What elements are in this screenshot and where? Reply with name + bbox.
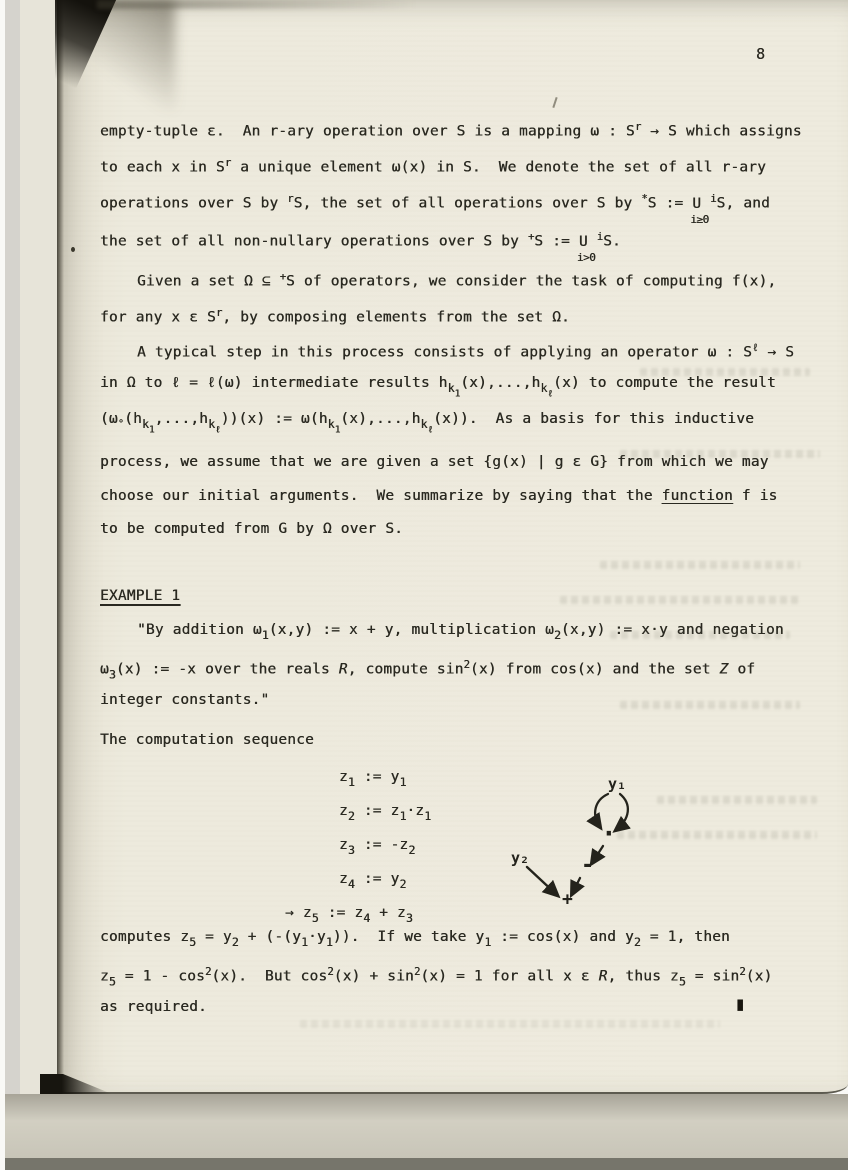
para2-line-2: for any x ε Sr, by composing elements fr… [100, 303, 570, 328]
bleedthrough-artifact [610, 631, 790, 639]
page-under-edge [20, 0, 57, 1170]
bleedthrough-artifact [620, 450, 820, 458]
bleedthrough-artifact [617, 831, 817, 839]
para3-line-5: choose our initial arguments. We summari… [100, 486, 777, 506]
para3-line-1: A typical step in this process consists … [137, 338, 794, 363]
bleedthrough-artifact [560, 596, 800, 604]
diagram-label-y1: y₁ [608, 775, 626, 793]
edge-negate-to-add [572, 878, 580, 894]
end-of-proof-mark: ▮ [736, 995, 744, 1013]
bleedthrough-artifact [600, 561, 800, 569]
example-quote-3: integer constants." [100, 690, 269, 710]
scanned-page: 8 empty-tuple ε. An r-ary operation over… [0, 0, 848, 1170]
outro-line-2: z5 = 1 - cos2(x). But cos2(x) + sin2(x) … [100, 962, 772, 991]
sequence-line-3: z3 := -z2 [339, 835, 415, 860]
diagram-node-negate: - [581, 853, 594, 878]
edge-y1-to-multiply-right [616, 794, 628, 830]
intro-line-2: to each x in Sr a unique element ω(x) in… [100, 153, 766, 178]
diagram-node-add: + [562, 889, 573, 910]
diagram-node-multiply: · [601, 819, 617, 849]
scan-background-band [5, 1094, 848, 1158]
para2-line-1: Given a set Ω ⊆ +S of operators, we cons… [137, 267, 776, 292]
bleedthrough-artifact [620, 701, 800, 709]
bottom-corner-artifact [40, 1074, 112, 1094]
stray-mark [552, 97, 557, 108]
para3-line-3: (ω∘(hk1,...,hkℓ))(x) := ω(hk1(x),...,hkℓ… [100, 409, 754, 441]
diagram-label-y2: y₂ [511, 849, 529, 867]
outro-line-1: computes z5 = y2 + (-(y1·y1)). If we tak… [100, 927, 730, 952]
intro-line-4: the set of all non-nullary operations ov… [100, 227, 621, 252]
paper-page: 8 empty-tuple ε. An r-ary operation over… [57, 0, 848, 1094]
sequence-line-5: → z5 := z4 + z3 [285, 903, 413, 928]
para3-line-6: to be computed from G by Ω over S. [100, 519, 403, 539]
intro-line-1: empty-tuple ε. An r-ary operation over S… [100, 117, 802, 142]
bleedthrough-artifact [657, 796, 817, 804]
scan-bottom-bar [5, 1158, 848, 1170]
outro-line-3: as required. [100, 997, 207, 1017]
scanner-edge-band [5, 0, 20, 1170]
para3-line-2: in Ω to ℓ = ℓ(ω) intermediate results hk… [100, 373, 776, 405]
intro-line-3: operations over S by rS, the set of all … [100, 189, 770, 214]
bleedthrough-artifact [640, 368, 810, 376]
bleedthrough-artifact [300, 1020, 720, 1028]
page-number: 8 [756, 45, 765, 63]
example-heading: EXAMPLE 1 [100, 586, 180, 606]
sequence-label: The computation sequence [100, 730, 314, 750]
edge-y2-to-add [527, 867, 557, 895]
ink-speck [71, 247, 75, 252]
computation-dag-diagram: y₁ y₂ · - + [495, 764, 695, 924]
sequence-line-2: z2 := z1·z1 [339, 801, 431, 826]
example-quote-2: ω3(x) := -x over the reals R, compute si… [100, 655, 755, 684]
sequence-line-4: z4 := y2 [339, 869, 406, 894]
page-left-edge-shadow [57, 0, 64, 1092]
sequence-line-1: z1 := y1 [339, 767, 406, 792]
top-edge-smudge [97, 0, 417, 9]
